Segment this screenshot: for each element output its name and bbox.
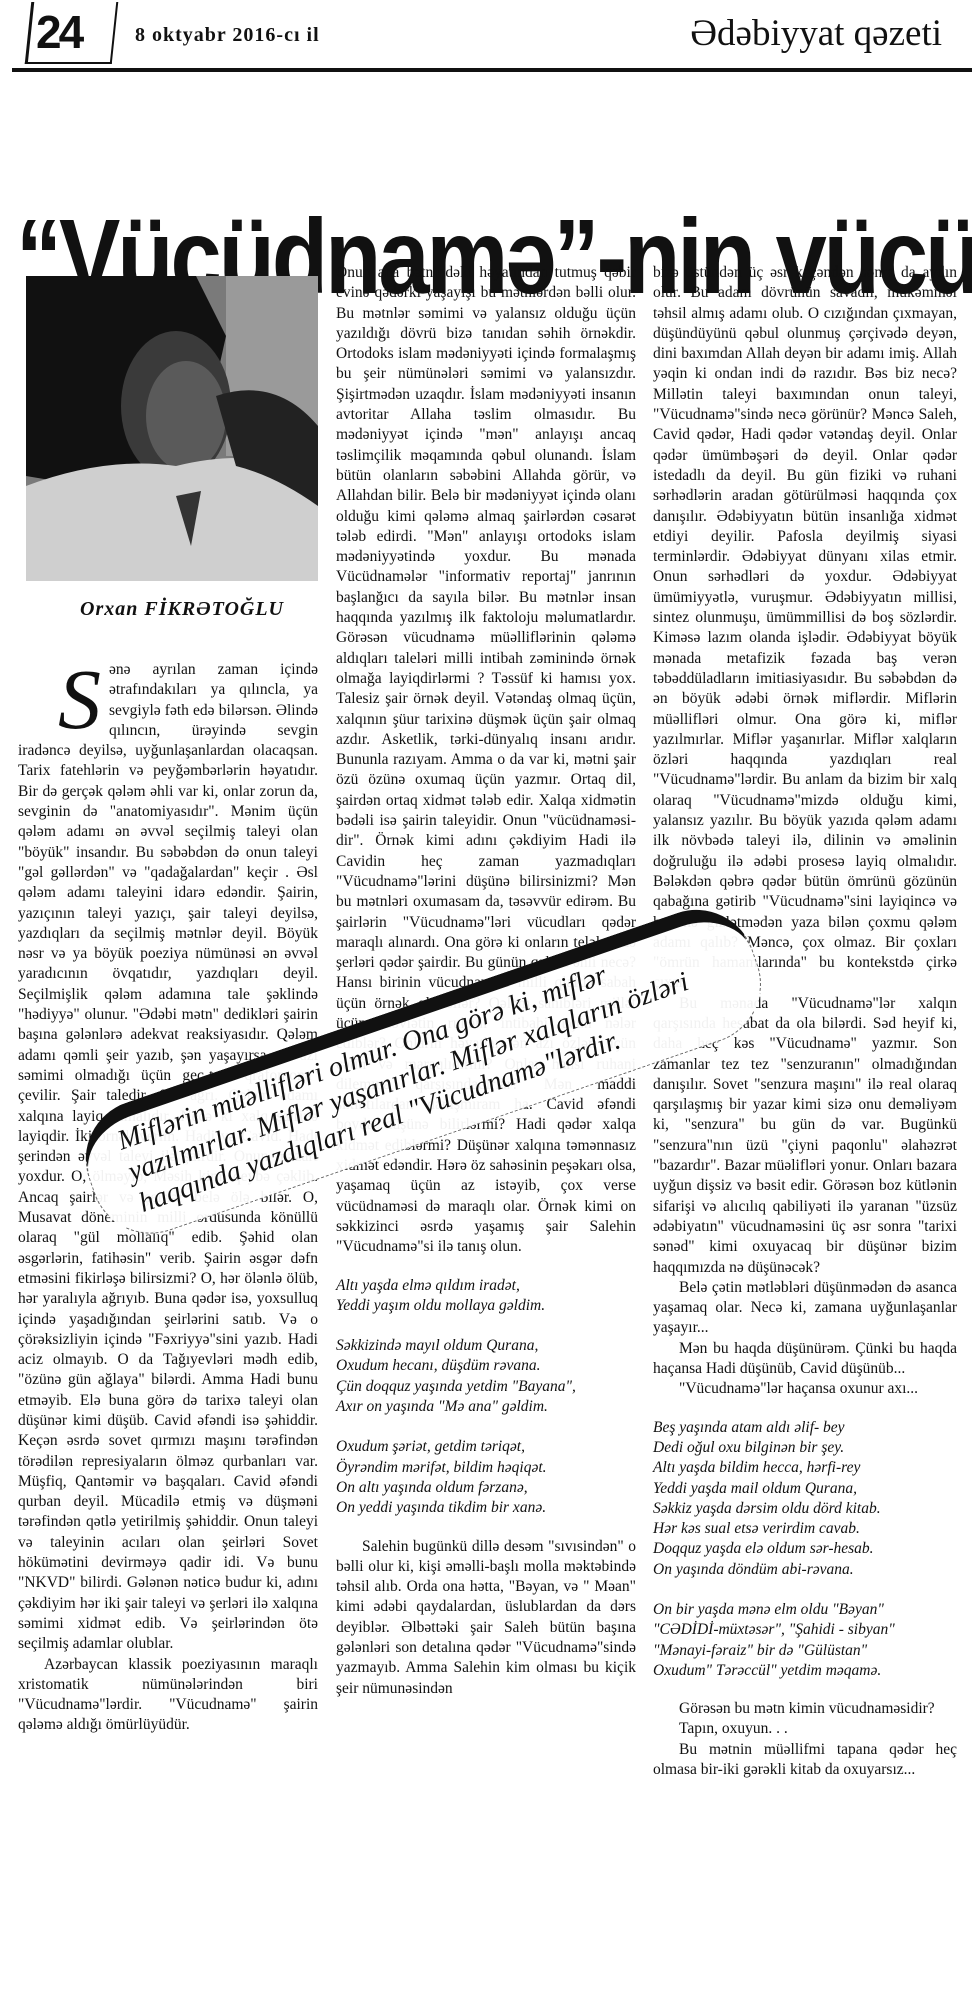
poem-line: Oxudum şəriət, getdim təriqət, — [336, 1437, 636, 1457]
poem-line: On yaşında döndüm abi-rəvana. — [653, 1560, 957, 1580]
poem-line: "CƏDİDİ-müxtəsər", "Şahidi - sibyan" — [653, 1620, 957, 1640]
poem-line: Yeddi yaşda mail oldum Qurana, — [653, 1479, 957, 1499]
publication-name: Ədəbiyyat qəzeti — [690, 12, 942, 55]
paragraph: bizə üstündən üç əsr keçəndən sonra da a… — [653, 263, 957, 994]
poem-line: Altı yaşda bildim hecca, hərfi-rey — [653, 1458, 957, 1478]
paragraph: Azərbaycan klassik poeziyasının maraqlı … — [18, 1655, 318, 1736]
poem-line: Oxudum hecanı, düşdüm rəvana. — [336, 1356, 636, 1376]
poem-line: Oxudum" Tərəccül" yetdim məqamə. — [653, 1661, 957, 1681]
drop-cap: S — [58, 664, 101, 734]
author-byline: Orxan FİKRƏTOĞLU — [80, 598, 284, 621]
page-number: 24 — [36, 4, 81, 60]
poem-line: "Mənayi-fəraiz" bir də "Gülüstan" — [653, 1641, 957, 1661]
poem-line: Axır on yaşında "Mə ana" gəldim. — [336, 1397, 636, 1417]
poem-line: Doqquz yaşda elə oldum sər-hesab. — [653, 1539, 957, 1559]
paragraph: Tapın, oxuyun. . . — [653, 1719, 957, 1739]
poem-line: Beş yaşında atam aldı əlif- bey — [653, 1418, 957, 1438]
author-portrait-icon — [26, 276, 318, 581]
poem-line: Hər kəs sual etsə verirdim cavab. — [653, 1519, 957, 1539]
paragraph: "Vücudnamə"lər haçansa oxunur axı... — [653, 1379, 957, 1399]
poem-line: Səkkizində mayıl oldum Qurana, — [336, 1336, 636, 1356]
poem-excerpt-2: Beş yaşında atam aldı əlif- bey Dedi oğu… — [653, 1418, 957, 1682]
paragraph: Salehin bugünkü dillə desəm "sıvısindən"… — [336, 1537, 636, 1699]
poem-line: On altı yaşında oldum fərzanə, — [336, 1478, 636, 1498]
poem-line: Dedi oğul oxu bilginən bir şey. — [653, 1438, 957, 1458]
poem-line: Çün doqquz yaşında yetdim "Bayana", — [336, 1377, 636, 1397]
masthead-rule — [12, 68, 972, 72]
poem-line: Öyrəndim mərifət, bildim həqiqət. — [336, 1458, 636, 1478]
masthead: 24 8 oktyabr 2016-cı il Ədəbiyyat qəzeti — [0, 0, 972, 70]
poem-line: Səkkiz yaşda dərsim oldu dörd kitab. — [653, 1499, 957, 1519]
paragraph: Görəsən bu mətn kimin vücudnaməsidir? — [653, 1699, 957, 1719]
paragraph: Bu mətnin müəllifmi tapana qədər heç olm… — [653, 1740, 957, 1781]
poem-line: On bir yaşda mənə elm oldu "Bəyan" — [653, 1600, 957, 1620]
paragraph: Belə çətin mətləbləri düşünmədən də asan… — [653, 1278, 957, 1339]
issue-date: 8 oktyabr 2016-cı il — [135, 24, 320, 47]
poem-excerpt-1: Altı yaşda elmə qıldım iradət, Yeddi yaş… — [336, 1276, 636, 1519]
paragraph: Mən bu haqda düşünürəm. Çünki bu haqda h… — [653, 1339, 957, 1380]
author-photo — [26, 276, 318, 581]
poem-line: Altı yaşda elmə qıldım iradət, — [336, 1276, 636, 1296]
poem-line: On yeddi yaşında tikdim bir xanə. — [336, 1498, 636, 1518]
poem-line: Yeddi yaşım oldu mollaya gəldim. — [336, 1296, 636, 1316]
